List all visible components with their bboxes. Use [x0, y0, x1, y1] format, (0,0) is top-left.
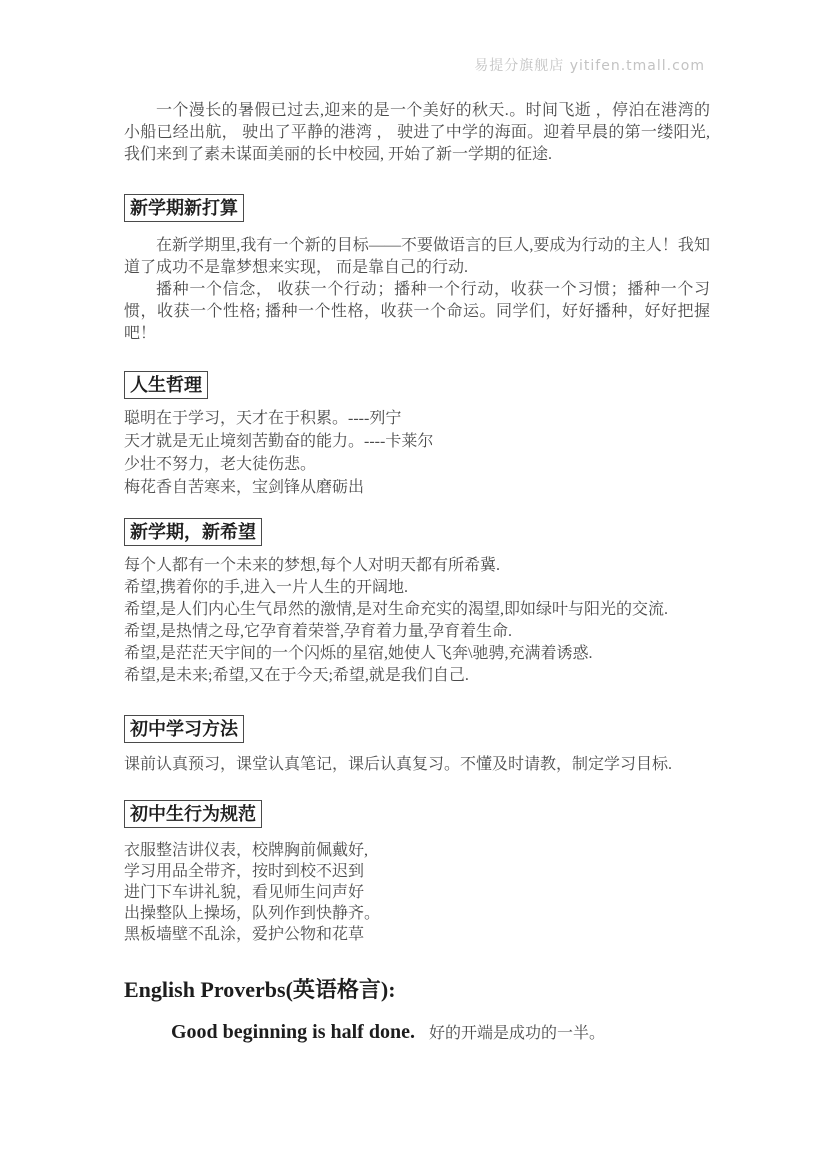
- text-line: 希望,是未来;希望,又在于今天;希望,就是我们自己.: [124, 665, 710, 687]
- english-proverb-line: Good beginning is half done.好的开端是成功的一半。: [124, 1020, 710, 1046]
- paragraph: 在新学期里,我有一个新的目标——不要做语言的巨人,要成为行动的主人！我知道了成功…: [124, 235, 710, 279]
- text-line: 天才就是无止境刻苦勤奋的能力。----卡莱尔: [124, 430, 710, 453]
- section-body-life-philosophy: 聪明在于学习，天才在于积累。----列宁 天才就是无止境刻苦勤奋的能力。----…: [124, 407, 710, 499]
- intro-paragraph: 一个漫长的暑假已过去,迎来的是一个美好的秋天.。时间飞逝 ，停泊在港湾的小船已经…: [124, 100, 710, 166]
- section-heading-new-term-plan: 新学期新打算: [124, 194, 244, 222]
- english-proverbs-title: English Proverbs(英语格言):: [124, 976, 710, 1003]
- section-heading-life-philosophy: 人生哲理: [124, 371, 208, 399]
- section-heading-behavior-rules: 初中生行为规范: [124, 800, 262, 828]
- text-line: 少壮不努力，老大徒伤悲。: [124, 453, 710, 476]
- text-line: 出操整队上操场，队列作到快静齐。: [124, 903, 710, 924]
- section-heading-new-term-new-hope: 新学期，新希望: [124, 518, 262, 546]
- text-line: 希望,是茫茫天宇间的一个闪烁的星宿,她使人飞奔\驰骋,充满着诱惑.: [124, 643, 710, 665]
- text-line: 每个人都有一个未来的梦想,每个人对明天都有所希冀.: [124, 555, 710, 577]
- section-body-study-methods: 课前认真预习，课堂认真笔记，课后认真复习。不懂及时请教，制定学习目标.: [124, 754, 710, 776]
- text-line: 衣服整洁讲仪表，校牌胸前佩戴好,: [124, 840, 710, 861]
- text-line: 进门下车讲礼貌，看见师生问声好: [124, 882, 710, 903]
- text-line: 聪明在于学习，天才在于积累。----列宁: [124, 407, 710, 430]
- text-line: 希望,是热情之母,它孕育着荣誉,孕育着力量,孕育着生命.: [124, 621, 710, 643]
- text-line: 课前认真预习，课堂认真笔记，课后认真复习。不懂及时请教，制定学习目标.: [124, 754, 710, 776]
- text-line: 黑板墙壁不乱涂，爱护公物和花草: [124, 924, 710, 945]
- text-line: 梅花香自苦寒来，宝剑锋从磨砺出: [124, 476, 710, 499]
- text-line: 学习用品全带齐，按时到校不迟到: [124, 861, 710, 882]
- proverb-chinese-translation: 好的开端是成功的一半。: [429, 1025, 605, 1042]
- section-heading-study-methods: 初中学习方法: [124, 715, 244, 743]
- text-line: 希望,是人们内心生气昂然的激情,是对生命充实的渴望,即如绿叶与阳光的交流.: [124, 599, 710, 621]
- proverb-english-text: Good beginning is half done.: [171, 1021, 415, 1043]
- text-line: 希望,携着你的手,进入一片人生的开阔地.: [124, 577, 710, 599]
- section-body-behavior-rules: 衣服整洁讲仪表，校牌胸前佩戴好, 学习用品全带齐，按时到校不迟到 进门下车讲礼貌…: [124, 840, 710, 945]
- document-page: 一个漫长的暑假已过去,迎来的是一个美好的秋天.。时间飞逝 ，停泊在港湾的小船已经…: [124, 0, 710, 1046]
- paragraph: 播种一个信念， 收获一个行动；播种一个行动，收获一个习惯；播种一个习惯，收获一个…: [124, 279, 710, 345]
- section-body-new-term-new-hope: 每个人都有一个未来的梦想,每个人对明天都有所希冀. 希望,携着你的手,进入一片人…: [124, 555, 710, 687]
